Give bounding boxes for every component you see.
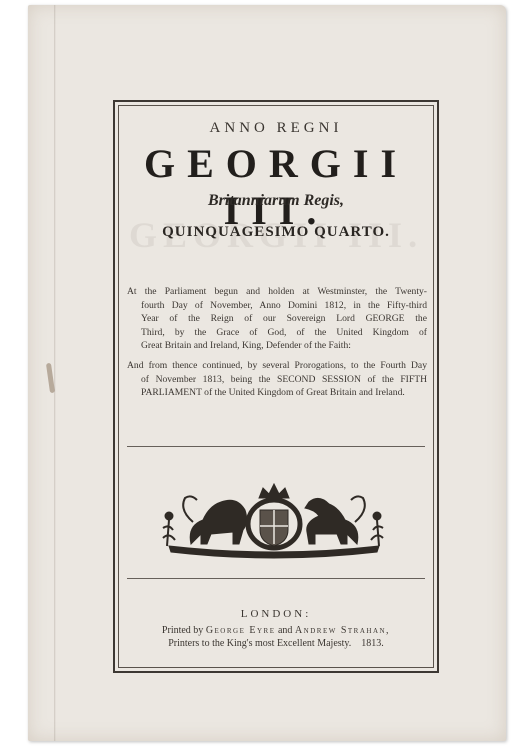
printer-name-1: George Eyre	[206, 625, 276, 636]
paragraph-line: At the Parliament begun and holden at We…	[127, 285, 427, 299]
imprint-printers: Printed by George Eyre and Andrew Straha…	[115, 624, 437, 650]
paragraph-line: fourth Day of November, Anno Domini 1812…	[127, 299, 427, 313]
paragraph-line: of November 1813, being the SECOND SESSI…	[127, 373, 427, 387]
title-content: GEORGII III. REGIS ANNO REGNI GEORGII II…	[115, 102, 437, 671]
imprint-city: LONDON:	[115, 608, 437, 620]
page-fold-shadow	[54, 5, 56, 741]
imprint-line-1: Printed by George Eyre and Andrew Straha…	[115, 624, 437, 637]
paragraph-line: Great Britain and Ireland, King, Defende…	[127, 339, 427, 353]
regnal-year: QUINQUAGESIMO QUARTO.	[115, 224, 437, 241]
paragraph-line: And from thence continued, by several Pr…	[127, 359, 427, 373]
paragraph-line: PARLIAMENT of the United Kingdom of Grea…	[127, 386, 427, 400]
monarch-title: GEORGII III.	[115, 140, 437, 234]
royal-coat-of-arms-icon	[159, 480, 389, 560]
document-page: GEORGII III. REGIS ANNO REGNI GEORGII II…	[28, 5, 506, 741]
printer-conjunction: and	[278, 625, 292, 636]
printers-to-majesty: Printers to the King's most Excellent Ma…	[168, 638, 351, 649]
title-frame-border: GEORGII III. REGIS ANNO REGNI GEORGII II…	[113, 100, 439, 673]
paragraph-line: Third, by the Grace of God, of the Unite…	[127, 326, 427, 340]
parliament-paragraph: At the Parliament begun and holden at We…	[127, 285, 427, 353]
horizontal-rule-top	[127, 446, 425, 447]
printed-by-label: Printed by	[162, 625, 203, 636]
session-paragraph: And from thence continued, by several Pr…	[127, 359, 427, 400]
imprint-line-2: Printers to the King's most Excellent Ma…	[115, 637, 437, 650]
horizontal-rule-bottom	[127, 578, 425, 579]
paragraph-line: Year of the Reign of our Sovereign Lord …	[127, 312, 427, 326]
printer-name-2: Andrew Strahan,	[295, 625, 390, 636]
subtitle: Britanniarum Regis,	[115, 192, 437, 210]
imprint-year: 1813.	[361, 638, 384, 649]
anno-regni-heading: ANNO REGNI	[115, 120, 437, 137]
